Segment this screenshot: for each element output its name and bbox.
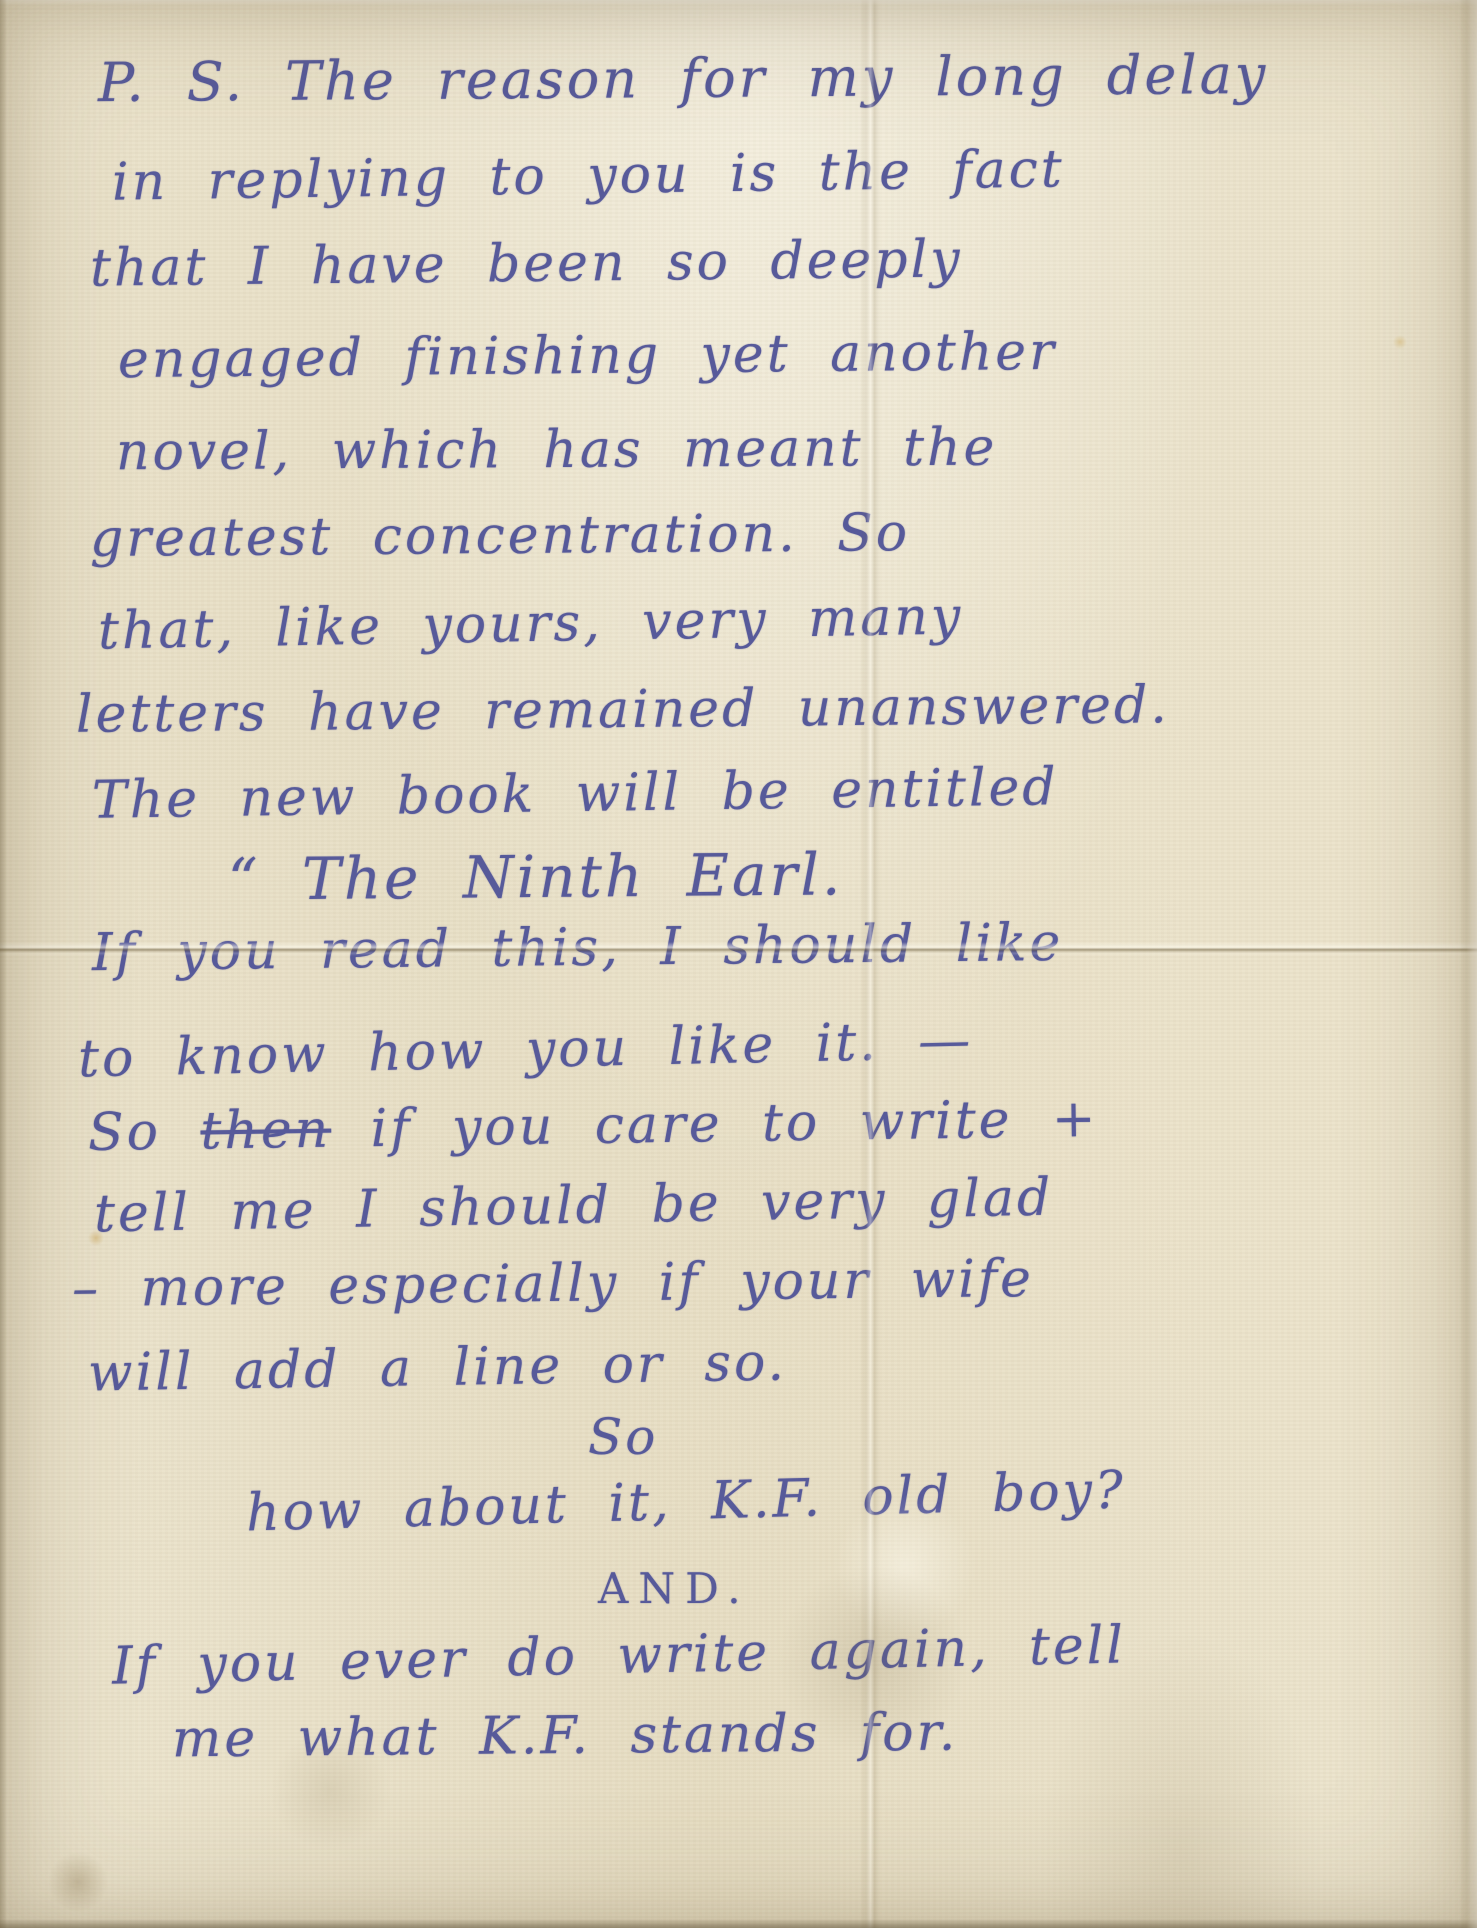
- handwritten-line: novel, which has meant the: [116, 422, 998, 479]
- paper-stains-and-wrinkles: [0, 0, 1477, 1928]
- handwritten-line: – more especially if your wife: [72, 1253, 1034, 1315]
- paper-edge-right: [1459, 0, 1477, 1928]
- handwritten-word-and: AND.: [598, 1568, 751, 1610]
- paper-grain-texture: [0, 0, 1477, 1928]
- struck-out-word: then: [200, 1100, 331, 1162]
- handwritten-line: The new book will be entitled: [92, 761, 1059, 826]
- handwritten-line: how about it, K.F. old boy?: [245, 1464, 1126, 1539]
- line-text: So: [88, 1101, 201, 1163]
- handwritten-line: me what K.F. stands for.: [172, 1707, 959, 1766]
- handwritten-line-with-strikethrough: So then if you care to write +: [88, 1093, 1099, 1159]
- letter-paper: P. S. The reason for my long delay in re…: [0, 0, 1477, 1928]
- handwritten-line: that, like yours, very many: [98, 590, 964, 657]
- handwritten-line: that I have been so deeply: [90, 233, 963, 294]
- handwritten-line: tell me I should be very glad: [94, 1172, 1054, 1241]
- handwritten-line: will add a line or so.: [88, 1337, 788, 1400]
- handwritten-line: to know how you like it. —: [78, 1015, 974, 1086]
- handwritten-line: greatest concentration. So: [90, 507, 910, 565]
- line-text: if you care to write +: [331, 1089, 1099, 1160]
- paper-edge-left: [0, 0, 7, 1928]
- handwritten-line: engaged finishing yet another: [118, 326, 1057, 386]
- handwritten-line: P. S. The reason for my long delay: [98, 48, 1269, 110]
- paper-edge-bottom: [0, 1919, 1477, 1928]
- handwritten-word-so: So: [588, 1412, 658, 1462]
- paper-vignette-shadow: [0, 0, 1477, 1928]
- vertical-fold-crease: [860, 0, 880, 1928]
- paper-edge-top: [0, 0, 1477, 6]
- handwritten-line: in replying to you is the fact: [112, 143, 1065, 208]
- handwritten-line: If you ever do write again, tell: [112, 1619, 1127, 1692]
- handwritten-line: If you read this, I should like: [92, 917, 1064, 979]
- horizontal-fold-crease: [0, 942, 1477, 956]
- handwritten-line: letters have remained unanswered.: [76, 679, 1170, 741]
- handwritten-line-book-title: “ The Ninth Earl.: [228, 845, 844, 908]
